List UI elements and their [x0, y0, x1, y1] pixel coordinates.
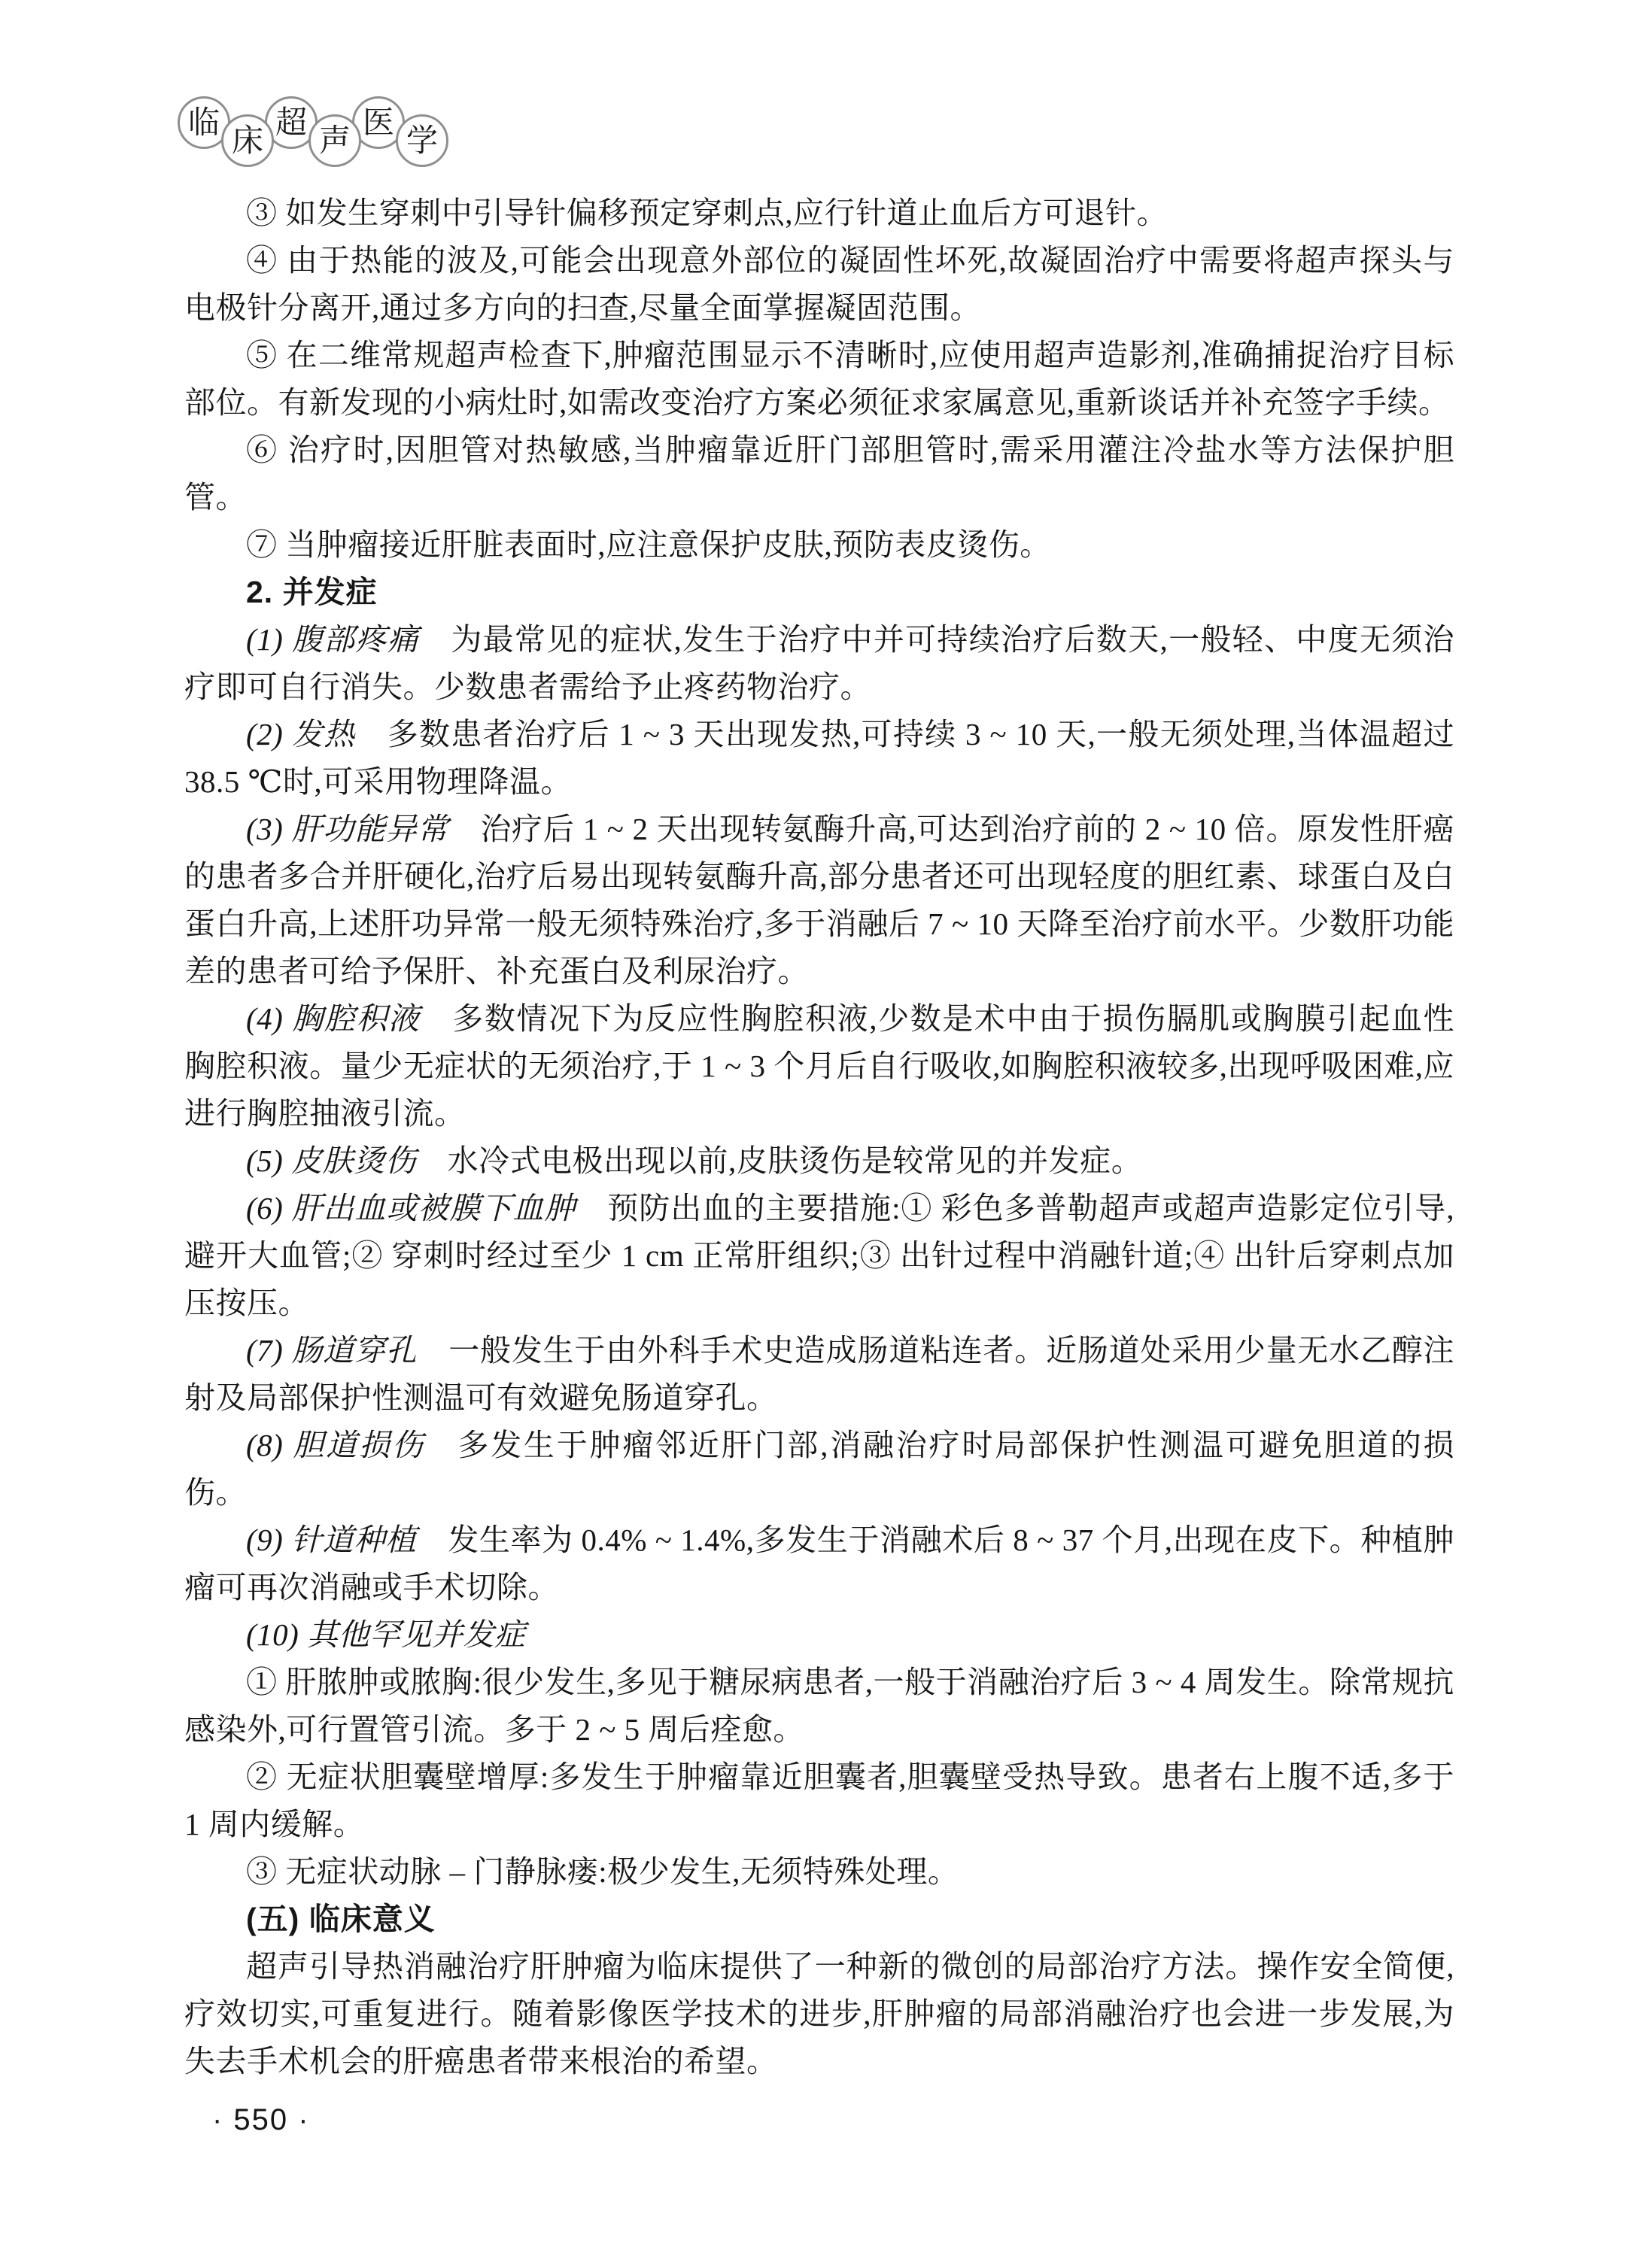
- book-logo: 临床超声医学: [178, 96, 439, 187]
- paragraph-text: ① 肝脓肿或脓胸:很少发生,多见于糖尿病患者,一般于消融治疗后 3 ~ 4 周发…: [184, 1665, 1454, 1747]
- page-content: ③ 如发生穿刺中引导针偏移预定穿刺点,应行针道止血后方可退针。 ④ 由于热能的波…: [184, 190, 1454, 2085]
- logo-char: 超: [275, 107, 307, 138]
- para-needle-deviation: ③ 如发生穿刺中引导针偏移预定穿刺点,应行针道止血后方可退针。: [184, 190, 1454, 237]
- heading-text: (五) 临床意义: [246, 1902, 436, 1936]
- para-needle-tract-seeding: (9) 针道种植 发生率为 0.4% ~ 1.4%,多发生于消融术后 8 ~ 3…: [184, 1517, 1454, 1611]
- logo-circle: 学: [396, 114, 448, 167]
- subitem-text: 多数患者治疗后 1 ~ 3 天出现发热,可持续 3 ~ 10 天,一般无须处理,…: [184, 717, 1454, 799]
- paragraph-text: ⑥ 治疗时,因胆管对热敏感,当肿瘤靠近肝门部胆管时,需采用灌注冷盐水等方法保护胆…: [184, 433, 1454, 515]
- para-fever: (2) 发热 多数患者治疗后 1 ~ 3 天出现发热,可持续 3 ~ 10 天,…: [184, 711, 1454, 806]
- subitem-label: (8) 胆道损伤: [246, 1428, 425, 1462]
- document-page: 临床超声医学 ③ 如发生穿刺中引导针偏移预定穿刺点,应行针道止血后方可退针。 ④…: [0, 0, 1629, 2268]
- para-abdominal-pain: (1) 腹部疼痛 为最常见的症状,发生于治疗中并可持续治疗后数天,一般轻、中度无…: [184, 616, 1454, 711]
- paragraph-text: ② 无症状胆囊壁增厚:多发生于肿瘤靠近胆囊者,胆囊壁受热导致。患者右上腹不适,多…: [184, 1759, 1454, 1841]
- logo-char: 学: [406, 125, 438, 156]
- paragraph-text: ⑦ 当肿瘤接近肝脏表面时,应注意保护皮肤,预防表皮烫伤。: [246, 527, 1051, 562]
- subitem-label: (4) 胸腔积液: [246, 1001, 421, 1036]
- logo-circle: 声: [308, 114, 361, 167]
- para-skin-burn: (5) 皮肤烫伤 水冷式电极出现以前,皮肤烫伤是较常见的并发症。: [184, 1137, 1454, 1185]
- para-pleural-effusion: (4) 胸腔积液 多数情况下为反应性胸腔积液,少数是术中由于损伤膈肌或胸膜引起血…: [184, 995, 1454, 1137]
- logo-char: 医: [363, 107, 394, 138]
- logo-char: 临: [188, 107, 220, 138]
- para-liver-function: (3) 肝功能异常 治疗后 1 ~ 2 天出现转氨酶升高,可达到治疗前的 2 ~…: [184, 806, 1454, 995]
- para-biliary-injury: (8) 胆道损伤 多发生于肿瘤邻近肝门部,消融治疗时局部保护性测温可避免胆道的损…: [184, 1422, 1454, 1517]
- subitem-label: (2) 发热: [246, 717, 355, 751]
- paragraph-text: 超声引导热消融治疗肝肿瘤为临床提供了一种新的微创的局部治疗方法。操作安全简便,疗…: [184, 1949, 1454, 2078]
- para-clinical-significance-body: 超声引导热消融治疗肝肿瘤为临床提供了一种新的微创的局部治疗方法。操作安全简便,疗…: [184, 1943, 1454, 2085]
- subitem-label: (6) 肝出血或被膜下血肿: [246, 1191, 576, 1225]
- paragraph-text: ③ 如发生穿刺中引导针偏移预定穿刺点,应行针道止血后方可退针。: [246, 196, 1168, 230]
- logo-circle: 床: [221, 114, 274, 167]
- heading-complications: 2. 并发症: [184, 569, 1454, 616]
- paragraph-text: ③ 无症状动脉 – 门静脉瘘:极少发生,无须特殊处理。: [246, 1854, 959, 1889]
- para-skin-protection: ⑦ 当肿瘤接近肝脏表面时,应注意保护皮肤,预防表皮烫伤。: [184, 521, 1454, 569]
- logo-char: 声: [319, 125, 351, 156]
- para-bile-duct-protection: ⑥ 治疗时,因胆管对热敏感,当肿瘤靠近肝门部胆管时,需采用灌注冷盐水等方法保护胆…: [184, 427, 1454, 521]
- para-liver-abscess: ① 肝脓肿或脓胸:很少发生,多见于糖尿病患者,一般于消融治疗后 3 ~ 4 周发…: [184, 1659, 1454, 1753]
- subitem-label: (3) 肝功能异常: [246, 812, 448, 846]
- subitem-text: 水冷式电极出现以前,皮肤烫伤是较常见的并发症。: [416, 1143, 1142, 1178]
- para-other-rare-complications: (10) 其他罕见并发症: [184, 1611, 1454, 1659]
- para-hemorrhage: (6) 肝出血或被膜下血肿 预防出血的主要措施:① 彩色多普勒超声或超声造影定位…: [184, 1185, 1454, 1327]
- para-gallbladder-wall-thickening: ② 无症状胆囊壁增厚:多发生于肿瘤靠近胆囊者,胆囊壁受热导致。患者右上腹不适,多…: [184, 1753, 1454, 1848]
- heading-text: 2. 并发症: [246, 575, 378, 609]
- page-number: · 550 ·: [212, 2103, 310, 2137]
- logo-char: 床: [232, 125, 263, 156]
- para-av-fistula: ③ 无症状动脉 – 门静脉瘘:极少发生,无须特殊处理。: [184, 1848, 1454, 1896]
- para-contrast-agent: ⑤ 在二维常规超声检查下,肿瘤范围显示不清晰时,应使用超声造影剂,准确捕捉治疗目…: [184, 332, 1454, 427]
- subitem-label: (9) 针道种植: [246, 1523, 417, 1557]
- heading-clinical-significance: (五) 临床意义: [184, 1896, 1454, 1943]
- subitem-label: (1) 腹部疼痛: [246, 622, 419, 657]
- para-thermal-spread: ④ 由于热能的波及,可能会出现意外部位的凝固性坏死,故凝固治疗中需要将超声探头与…: [184, 237, 1454, 332]
- subitem-label: (7) 肠道穿孔: [246, 1333, 417, 1368]
- paragraph-text: ⑤ 在二维常规超声检查下,肿瘤范围显示不清晰时,应使用超声造影剂,准确捕捉治疗目…: [184, 338, 1454, 420]
- subitem-label: (5) 皮肤烫伤: [246, 1143, 416, 1178]
- para-intestinal-perforation: (7) 肠道穿孔 一般发生于由外科手术史造成肠道粘连者。近肠道处采用少量无水乙醇…: [184, 1327, 1454, 1422]
- paragraph-text: ④ 由于热能的波及,可能会出现意外部位的凝固性坏死,故凝固治疗中需要将超声探头与…: [184, 243, 1454, 325]
- subitem-label: (10) 其他罕见并发症: [246, 1617, 526, 1652]
